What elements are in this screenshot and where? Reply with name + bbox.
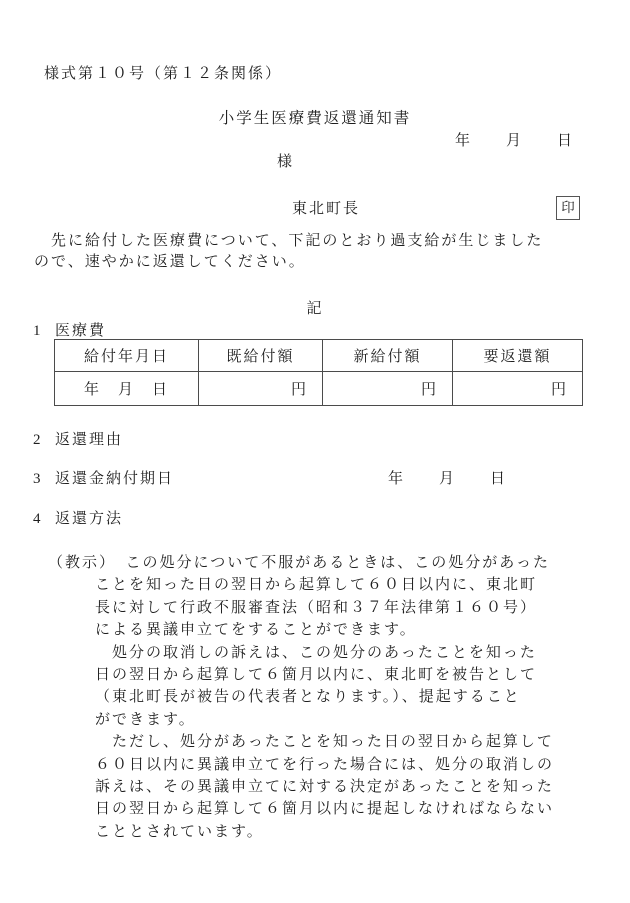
kyoji-line: （東北町長が被告の代表者となります。）、提起すること bbox=[95, 686, 630, 708]
list-item-refund-reason: 2返還理由 bbox=[33, 428, 123, 449]
item-number: 2 bbox=[33, 432, 55, 449]
document-title: 小学生医療費返還通知書 bbox=[0, 106, 630, 128]
table-header-row: 給付年月日 既給付額 新給付額 要返還額 bbox=[55, 340, 583, 372]
kyoji-line: ができます。 bbox=[95, 709, 630, 731]
seal-box: 印 bbox=[556, 196, 580, 220]
kyoji-line: ６０日以内に異議申立てを行った場合には、処分の取消しの bbox=[95, 754, 630, 776]
sender-name: 東北町長 bbox=[292, 197, 360, 218]
cell-refund-amount: 円 bbox=[453, 372, 583, 406]
cell-new-amount: 円 bbox=[323, 372, 453, 406]
list-item-refund-due-date: 3返還金納付期日 bbox=[33, 467, 174, 488]
refund-due-date-blank: 年 月 日 bbox=[388, 467, 507, 488]
header-refund-amount: 要返還額 bbox=[453, 340, 583, 372]
list-item-refund-method: 4返還方法 bbox=[33, 507, 123, 528]
kyoji-line: 日の翌日から起算して６箇月以内に、東北町を被告として bbox=[95, 664, 630, 686]
header-paid-amount: 既給付額 bbox=[199, 340, 323, 372]
addressee-sama: 様 bbox=[277, 150, 294, 171]
cell-payment-date: 年 月 日 bbox=[55, 372, 199, 406]
document-page: 様式第１０号（第１２条関係） 小学生医療費返還通知書 年 月 日 様 東北町長 … bbox=[0, 0, 630, 903]
cell-paid-amount: 円 bbox=[199, 372, 323, 406]
item-number: 1 bbox=[33, 323, 55, 340]
list-item-medical-fee: 1医療費 bbox=[33, 319, 106, 340]
item-number: 4 bbox=[33, 511, 55, 528]
kyoji-line: 日の翌日から起算して６箇月以内に提起しなければならない bbox=[95, 798, 630, 820]
body-line: 先に給付した医療費について、下記のとおり過支給が生じました bbox=[34, 231, 543, 252]
body-line: ので、速やかに返還してください。 bbox=[34, 252, 543, 273]
item-label: 返還理由 bbox=[55, 432, 123, 448]
header-new-amount: 新給付額 bbox=[323, 340, 453, 372]
header-payment-date: 給付年月日 bbox=[55, 340, 199, 372]
kyoji-line: こととされています。 bbox=[95, 821, 630, 843]
kyoji-line: ただし、処分があったことを知った日の翌日から起算して bbox=[95, 731, 630, 753]
issue-date-blank: 年 月 日 bbox=[455, 129, 574, 150]
kyoji-notice: （教示） この処分について不服があるときは、この処分があった ことを知った日の翌… bbox=[0, 552, 630, 843]
item-number: 3 bbox=[33, 471, 55, 488]
medical-fee-table: 給付年月日 既給付額 新給付額 要返還額 年 月 日 円 円 円 bbox=[54, 339, 583, 406]
body-paragraph: 先に給付した医療費について、下記のとおり過支給が生じました ので、速やかに返還し… bbox=[34, 231, 543, 273]
form-number: 様式第１０号（第１２条関係） bbox=[44, 62, 282, 83]
kyoji-line: による異議申立てをすることができます。 bbox=[95, 619, 630, 641]
kyoji-line: 処分の取消しの訴えは、この処分のあったことを知った bbox=[95, 642, 630, 664]
item-label: 返還金納付期日 bbox=[55, 471, 174, 487]
kyoji-line: （教示） この処分について不服があるときは、この処分があった bbox=[48, 552, 630, 574]
table-row: 年 月 日 円 円 円 bbox=[55, 372, 583, 406]
record-marker: 記 bbox=[0, 297, 630, 318]
seal-label: 印 bbox=[561, 200, 575, 215]
item-label: 医療費 bbox=[55, 323, 106, 339]
kyoji-line: 長に対して行政不服審査法（昭和３７年法律第１６０号） bbox=[95, 597, 630, 619]
kyoji-line: ことを知った日の翌日から起算して６０日以内に、東北町 bbox=[95, 574, 630, 596]
kyoji-line: 訴えは、その異議申立てに対する決定があったことを知った bbox=[95, 776, 630, 798]
item-label: 返還方法 bbox=[55, 511, 123, 527]
